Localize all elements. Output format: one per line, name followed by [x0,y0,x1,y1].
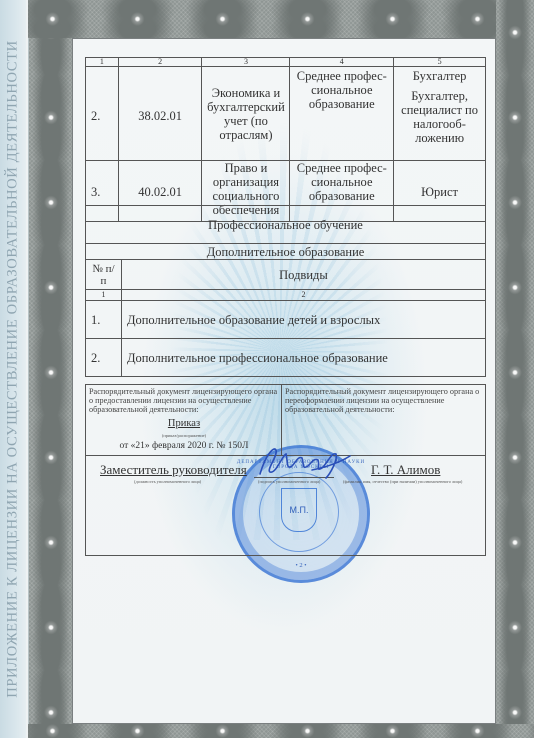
table-row: 2. Дополнительное профессиональное образ… [86,339,486,377]
col-index: 3 [202,58,290,67]
issuance-order-heading: Распорядительный документ лицензирующего… [89,387,278,414]
order-type: Приказ [86,419,282,428]
header-row: № п/п Подвиды [86,260,486,290]
signer-position: Заместитель руководителя [100,462,247,478]
column-index-row: 1 2 [86,290,486,301]
section-professional-training: Профессиональное обучение [86,206,486,244]
header-num: № п/п [86,260,122,290]
table-row: 2. 38.02.01 Экономика и бухгалтерский уч… [86,67,486,161]
row-number: 2. [86,339,122,377]
program-code: 38.02.01 [118,67,202,161]
column-index-row: 1 2 3 4 5 [86,58,486,67]
position-caption: (должность уполномоченного лица) [134,479,201,484]
order-type-caption: (приказ/распоряжение) [86,431,282,440]
program-name-text: Экономика и бухгалтерский учет (по отрас… [207,86,285,142]
handwritten-signature-icon [252,444,352,480]
subtypes-table: Профессиональное обучение Дополнительное… [85,205,486,377]
side-title: ПРИЛОЖЕНИЕ К ЛИЦЕНЗИИ НА ОСУЩЕСТВЛЕНИЕ О… [5,40,22,698]
table-row: 1. Дополнительное образование детей и вз… [86,301,486,339]
ornamental-border-left [28,0,73,738]
programs-table: 1 2 3 4 5 2. 38.02.01 Экономика и бухгал… [85,57,486,222]
education-level-text: Среднее профес-сиональное образование [297,69,387,111]
col-index: 1 [86,290,122,301]
ornamental-border-right [496,0,534,738]
reissuance-order-heading: Распорядительный документ лицензирующего… [285,387,482,414]
stamp-bottom-text: • 2 • [235,562,367,569]
col-index: 1 [86,58,119,67]
program-name: Экономика и бухгалтерский учет (по отрас… [202,67,290,161]
qualification-2: Бухгалтер, специалист по налогооб-ложени… [398,89,481,145]
subtype-name: Дополнительное профессиональное образова… [121,339,485,377]
qualification-1: Бухгалтер [398,69,481,83]
signer-name: Г. Т. Алимов [371,462,440,478]
side-strip: ПРИЛОЖЕНИЕ К ЛИЦЕНЗИИ НА ОСУЩЕСТВЛЕНИЕ О… [0,0,26,738]
col-index: 2 [121,290,485,301]
row-number: 1. [86,301,122,339]
section-additional-education: Дополнительное образование [86,244,486,260]
header-subtypes: Подвиды [121,260,485,290]
ornamental-border-bottom [28,724,534,738]
col-index: 4 [290,58,394,67]
row-number: 2. [86,67,119,161]
education-level: Среднее профес-сиональное образование [290,67,394,161]
section-row: Профессиональное обучение [86,206,486,244]
ornamental-border-top [28,0,534,38]
col-index: 2 [118,58,202,67]
name-caption: (фамилия, имя, отчество (при наличии) уп… [343,479,462,484]
qualification: Бухгалтер Бухгалтер, специалист по налог… [394,67,486,161]
education-level-text: Среднее профес-сиональное образование [297,161,387,203]
col-index: 5 [394,58,486,67]
section-row: Дополнительное образование [86,244,486,260]
subtype-name: Дополнительное образование детей и взрос… [121,301,485,339]
